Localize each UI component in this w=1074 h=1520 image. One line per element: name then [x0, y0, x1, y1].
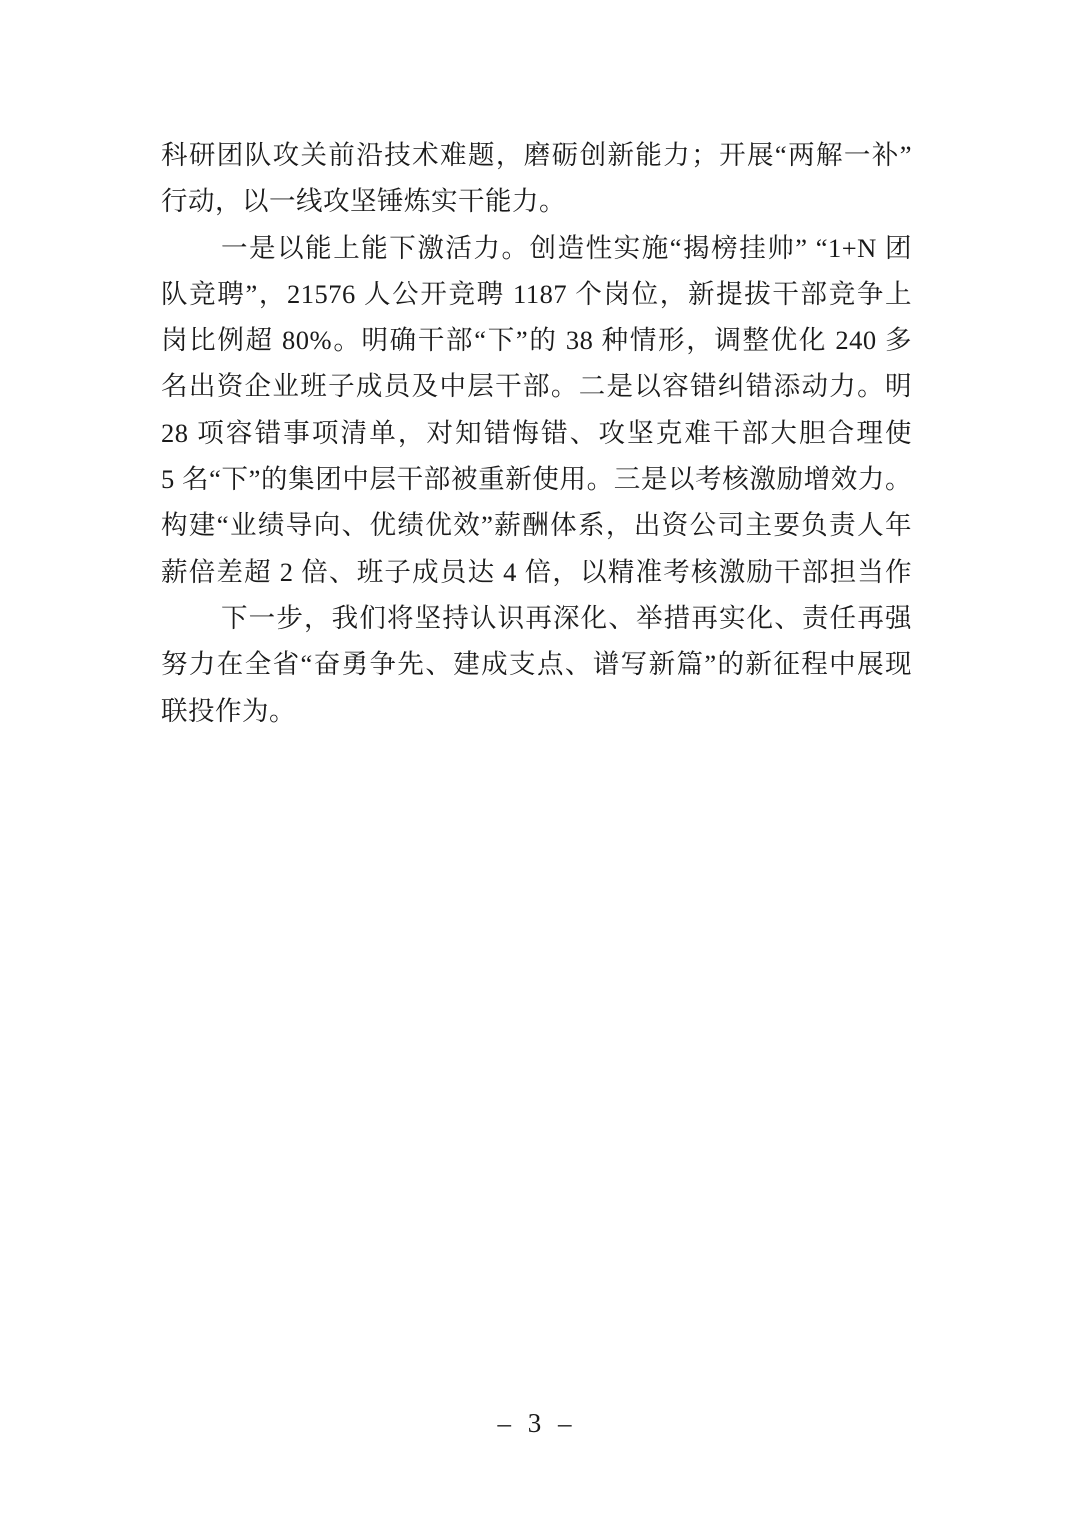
- text-line: 28 项容错事项清单，对知错悔错、攻坚克难干部大胆合理使用，: [161, 410, 912, 456]
- text-line: 构建“业绩导向、优绩优效”薪酬体系，出资公司主要负责人年: [161, 502, 912, 548]
- text-line: 联投作为。: [161, 688, 912, 734]
- text-line: 行动，以一线攻坚锤炼实干能力。: [161, 178, 912, 224]
- page-number: – 3 –: [0, 1408, 1074, 1439]
- paragraph-3: 下一步，我们将坚持认识再深化、举措再实化、责任再强化， 努力在全省“奋勇争先、建…: [161, 595, 912, 734]
- text-line: 科研团队攻关前沿技术难题，磨砺创新能力；开展“两解一补”: [161, 132, 912, 178]
- text-line: 岗比例超 80%。明确干部“下”的 38 种情形，调整优化 240 多: [161, 317, 912, 363]
- paragraph-2: 一是以能上能下激活力。创造性实施“揭榜挂帅” “1+N 团 队竞聘”，21576…: [161, 225, 912, 595]
- document-page: 科研团队攻关前沿技术难题，磨砺创新能力；开展“两解一补” 行动，以一线攻坚锤炼实…: [0, 0, 1074, 1520]
- text-line: 薪倍差超 2 倍、班子成员达 4 倍，以精准考核激励干部担当作为。: [161, 549, 912, 595]
- paragraph-1: 科研团队攻关前沿技术难题，磨砺创新能力；开展“两解一补” 行动，以一线攻坚锤炼实…: [161, 132, 912, 225]
- text-line: 一是以能上能下激活力。创造性实施“揭榜挂帅” “1+N 团: [161, 225, 912, 271]
- text-line: 名出资企业班子成员及中层干部。二是以容错纠错添动力。明确: [161, 363, 912, 409]
- text-line: 5 名“下”的集团中层干部被重新使用。三是以考核激励增效力。: [161, 456, 912, 502]
- text-line: 队竞聘”，21576 人公开竞聘 1187 个岗位，新提拔干部竞争上: [161, 271, 912, 317]
- text-line: 努力在全省“奋勇争先、建成支点、谱写新篇”的新征程中展现: [161, 641, 912, 687]
- body-text: 科研团队攻关前沿技术难题，磨砺创新能力；开展“两解一补” 行动，以一线攻坚锤炼实…: [161, 132, 912, 734]
- text-line: 下一步，我们将坚持认识再深化、举措再实化、责任再强化，: [161, 595, 912, 641]
